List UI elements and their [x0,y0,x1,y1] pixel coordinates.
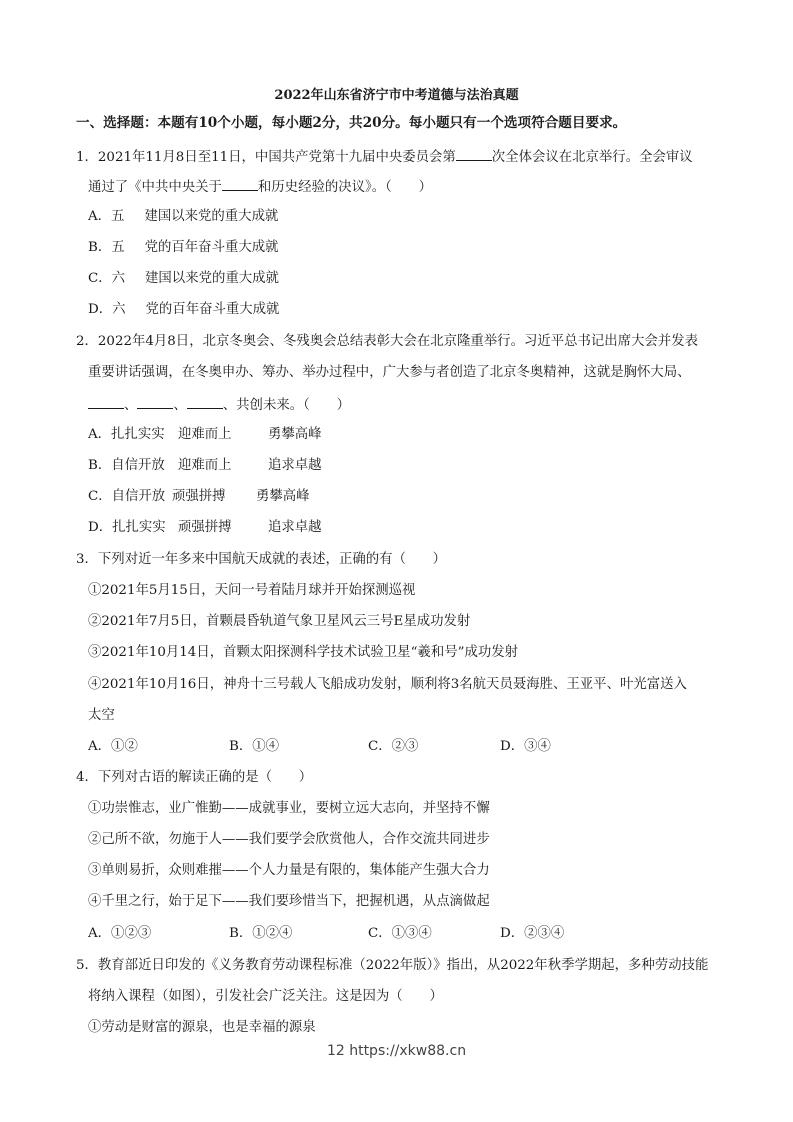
option-part: B．自信开放 [88,457,165,475]
q1-option-b[interactable]: B．五党的百年奋斗重大成就 [88,239,279,257]
separator: 、 [124,398,137,413]
option-part: 追求卓越 [268,519,322,537]
option-part: 勇攀高峰 [256,488,310,506]
q4-option-b[interactable]: B．①②④ [229,925,292,943]
question-2-stem-line3: 、、、共创未来。（ ） [88,395,350,415]
q3-statement-2: ②2021年7月5日，首颗晨昏轨道气象卫星风云三号E星成功发射 [88,613,470,631]
question-2-stem-line1: 2．2022年4月8日，北京冬奥会、冬残奥会总结表彰大会在北京隆重举行。习近平总… [76,333,698,351]
option-letter: A．五 [88,209,124,224]
option-part: 迎难而上 [178,457,232,475]
option-part: 追求卓越 [268,457,322,475]
option-part: 顽强拼搏 [172,488,226,506]
option-letter: C．六 [88,271,125,286]
q1-text-b: 次全体会议在北京举行。全会审议 [492,150,693,165]
q1-option-c[interactable]: C．六建国以来党的重大成就 [88,270,279,288]
fill-blank [187,395,223,409]
q4-statement-4: ④千里之行，始于足下——我们要珍惜当下，把握机遇，从点滴做起 [88,893,490,911]
q3-statement-1: ①2021年5月15日，天问一号着陆月球并开始探测巡视 [88,582,415,600]
q1-text-a: 1．2021年11月8日至11日，中国共产党第十九届中央委员会第 [76,150,456,165]
q4-statement-2: ②己所不欲，勿施于人——我们要学会欣赏他人，合作交流共同进步 [88,831,490,849]
q5-statement-1: ①劳动是财富的源泉，也是幸福的源泉 [88,1019,316,1037]
q4-statement-3: ③单则易折，众则难摧——个人力量是有限的，集体能产生强大合力 [88,862,490,880]
q1-text-c: 通过了《中共中央关于 [88,180,222,195]
q4-option-d[interactable]: D．②③④ [500,925,564,943]
fill-blank [222,177,258,191]
q3-statement-4-cont: 太空 [88,707,115,725]
q1-option-d[interactable]: D．六党的百年奋斗重大成就 [88,301,279,319]
section-heading: 一、选择题：本题有10个小题，每小题2分，共20分。每小题只有一个选项符合题目要… [76,114,626,132]
q3-statement-3: ③2021年10月14日，首颗太阳探测科学技术试验卫星“羲和号”成功发射 [88,644,518,662]
q4-statement-1: ①功崇惟志，业广惟勤——成就事业，要树立远大志向，并坚持不懈 [88,800,490,818]
q1-option-a[interactable]: A．五建国以来党的重大成就 [88,208,278,226]
q3-statement-4: ④2021年10月16日，神舟十三号载人飞船成功发射，顺利将3名航天员聂海胜、王… [88,676,687,694]
question-1-stem-line1: 1．2021年11月8日至11日，中国共产党第十九届中央委员会第次全体会议在北京… [76,147,693,167]
fill-blank [137,395,173,409]
question-4-stem: 4．下列对古语的解读正确的是（ ） [76,769,312,787]
option-text: 党的百年奋斗重大成就 [146,302,280,317]
option-letter: B．五 [88,240,125,255]
option-text: 建国以来党的重大成就 [144,209,278,224]
separator: 、 [173,398,186,413]
q2-text-end: 、共创未来。（ ） [223,398,350,413]
q4-option-c[interactable]: C．①③④ [368,925,432,943]
q3-option-c[interactable]: C．②③ [368,738,418,756]
option-part: 顽强拼搏 [178,519,232,537]
q3-option-d[interactable]: D．③④ [500,738,551,756]
question-3-stem: 3．下列对近一年多来中国航天成就的表述，正确的有（ ） [76,551,446,569]
option-part: 迎难而上 [178,426,232,444]
page-footer: 12 https://xkw88.cn [0,1043,793,1059]
q1-text-d: 和历史经验的决议》。（ ） [258,180,432,195]
fill-blank [456,147,492,161]
q3-option-a[interactable]: A．①② [88,738,138,756]
q3-option-b[interactable]: B．①④ [229,738,279,756]
option-part: C．自信开放 [88,488,165,506]
question-1-stem-line2: 通过了《中共中央关于和历史经验的决议》。（ ） [88,177,432,197]
option-part: 勇攀高峰 [268,426,322,444]
option-text: 党的百年奋斗重大成就 [145,240,279,255]
fill-blank [88,395,124,409]
page-title: 2022年山东省济宁市中考道德与法治真题 [0,84,793,103]
exam-page: 2022年山东省济宁市中考道德与法治真题 一、选择题：本题有10个小题，每小题2… [0,0,793,1122]
question-2-stem-line2: 重要讲话强调，在冬奥申办、筹办、举办过程中，广大参与者创造了北京冬奥精神，这就是… [88,364,691,382]
option-text: 建国以来党的重大成就 [145,271,279,286]
question-5-stem-line2: 将纳入课程（如图），引发社会广泛关注。这是因为（ ） [88,988,443,1006]
q4-option-a[interactable]: A．①②③ [88,925,151,943]
option-part: D．扎扎实实 [88,519,166,537]
option-part: A．扎扎实实 [88,426,165,444]
question-5-stem-line1: 5．教育部近日印发的《义务教育劳动课程标准（2022年版）》指出，从2022年秋… [76,957,708,975]
option-letter: D．六 [88,302,126,317]
